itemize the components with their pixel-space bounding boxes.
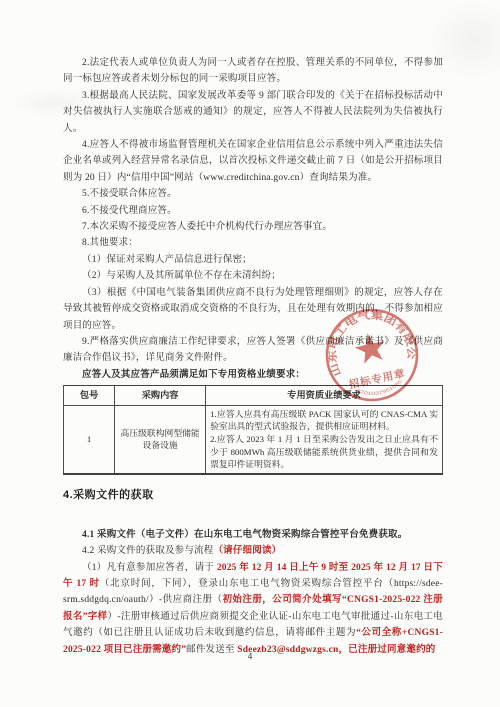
read-carefully-note: （请仔细阅读） xyxy=(213,546,281,556)
paragraph-4: 4.应答人不得被市场监督管理机关在国家企业信用信息公示系统中列入严重违法失信企业… xyxy=(63,137,443,186)
paragraph-5: 5.不接受联合体应答。 xyxy=(63,186,443,202)
paragraph-7: 7.本次采购不接受应答人委托中介机构代行办理应答事宜。 xyxy=(63,219,443,235)
table-row: 1 高压级联构网型储能设备设施 1.应答人应具有高压级联 PACK 国家认可的 … xyxy=(64,405,443,473)
requirement-2: 2.应答人 2023 年 1 月 1 日至采购公告发出之日止应具有不少于 800… xyxy=(210,433,438,471)
cell-requirements: 1.应答人应具有高压级联 PACK 国家认可的 CNAS-CMA 实验室出具的型… xyxy=(206,405,443,473)
page-content: 2.法定代表人或单位负责人为同一人或者存在控股、管理关系的不同单位，不得参加同一… xyxy=(63,55,443,658)
paragraph-8-2: （2）与采购人及其所属单位不存在未清纠纷； xyxy=(63,268,443,284)
header-package-no: 包号 xyxy=(64,386,115,406)
cell-package-no: 1 xyxy=(64,405,115,473)
cell-content: 高压级联构网型储能设备设施 xyxy=(115,405,206,473)
document-page: 2.法定代表人或单位负责人为同一人或者存在控股、管理关系的不同单位，不得参加同一… xyxy=(0,0,500,707)
paragraph-9: 9.严格落实供应商廉洁工作纪律要求，应答人签署《供应商廉洁承诺书》及《供应商廉洁… xyxy=(63,334,443,367)
section-heading: 4.采购文件的获取 xyxy=(63,486,443,502)
paragraph-8-3: （3）根据《中国电气装备集团供应商不良行为处理管理细则》的规定，应答人存在导致其… xyxy=(63,285,443,334)
table-intro: 应答人及其应答产品须满足如下专用资格业绩要求： xyxy=(63,367,443,383)
header-requirements: 专用资质业绩要求 xyxy=(206,386,443,406)
header-content: 采购内容 xyxy=(115,386,206,406)
paragraph-3: 3.根据最高人民法院、国家发展改革委等 9 部门联合印发的《关于在招标投标活动中… xyxy=(63,88,443,137)
requirement-1: 1.应答人应具有高压级联 PACK 国家认可的 CNAS-CMA 实验室出具的型… xyxy=(210,408,438,433)
paragraph-4-2-text: 4.2 采购文件的获取及参与流程 xyxy=(82,546,213,556)
paragraph-6: 6.不接受代理商应答。 xyxy=(63,203,443,219)
paragraph-4-2: 4.2 采购文件的获取及参与流程（请仔细阅读） xyxy=(63,543,443,559)
page-number: 4 xyxy=(0,651,500,661)
table-header-row: 包号 采购内容 专用资质业绩要求 xyxy=(64,386,443,406)
qualification-table: 包号 采购内容 专用资质业绩要求 1 高压级联构网型储能设备设施 1.应答人应具… xyxy=(63,385,443,475)
paragraph-4-2-1: （1）凡有意参加应答者，请于 2025 年 12 月 14 日上午 9 时至 2… xyxy=(63,560,443,658)
paragraph-2: 2.法定代表人或单位负责人为同一人或者存在控股、管理关系的不同单位，不得参加同一… xyxy=(63,55,443,88)
paragraph-8: 8.其他要求： xyxy=(63,235,443,251)
paragraph-4-1: 4.1 采购文件（电子文件）在山东电工电气物资采购综合管控平台免费获取。 xyxy=(63,527,443,543)
paragraph-8-1: （1）保证对采购人产品信息进行保密； xyxy=(63,252,443,268)
